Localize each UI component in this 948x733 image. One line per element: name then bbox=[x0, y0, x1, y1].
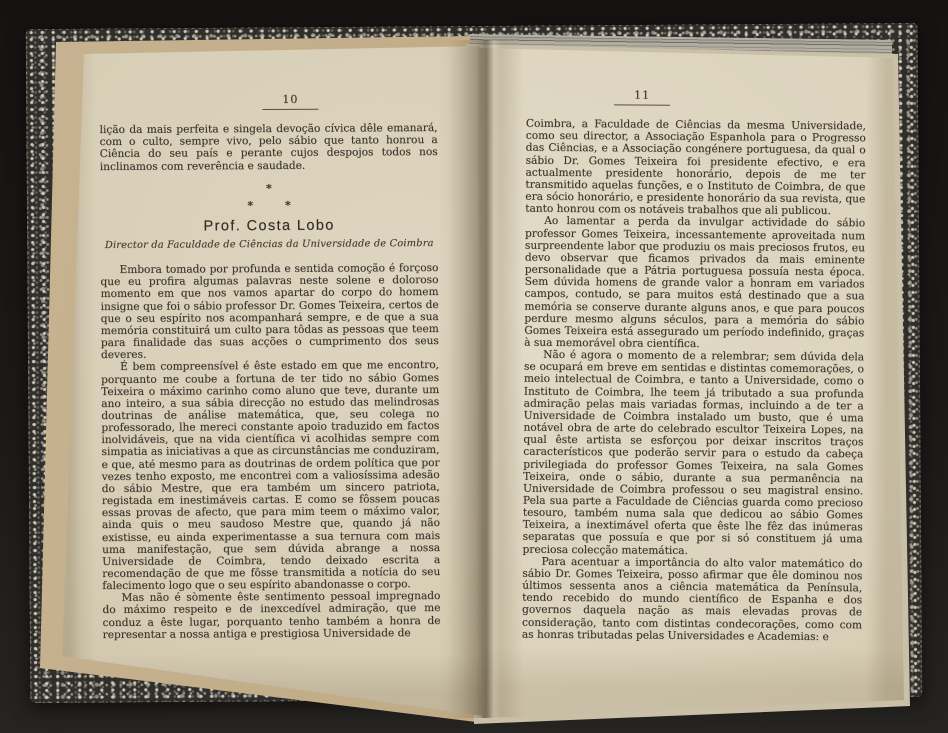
paragraph: lição da mais perfeita e singela devoção… bbox=[100, 122, 438, 173]
paragraph: Para acentuar a importância do alto valo… bbox=[522, 555, 863, 643]
paragraph: É bem compreensível é êste estado em que… bbox=[101, 359, 440, 592]
section-subheading: Director da Faculdade de Ciências da Uni… bbox=[100, 238, 438, 252]
section-heading: Prof. Costa Lobo bbox=[100, 219, 438, 233]
asterism-separator: * * * bbox=[100, 182, 438, 213]
book-gutter-shadow bbox=[448, 40, 522, 718]
paragraph: Embora tomado por profunda e sentida com… bbox=[100, 262, 439, 361]
paragraph: Não é agora o momento de a relembrar; se… bbox=[523, 349, 865, 558]
right-page-content: 11 Coimbra, a Faculdade de Ciências da m… bbox=[522, 89, 866, 644]
paragraph: Mas não é sòmente êste sentimento pessoa… bbox=[102, 590, 440, 641]
page-number-left: 10 bbox=[262, 94, 318, 110]
asterism-top: * bbox=[100, 182, 438, 196]
paragraph: Ao lamentar a perda da invulgar activida… bbox=[524, 215, 865, 351]
paragraph: Coimbra, a Faculdade de Ciências da mesm… bbox=[525, 118, 866, 218]
asterism-bottom: * * bbox=[100, 199, 438, 213]
left-page-content: 10 lição da mais perfeita e singela devo… bbox=[99, 93, 440, 641]
page-number-right: 11 bbox=[614, 89, 670, 106]
photo-backdrop: { "book": { "kind": "scanned-open-book",… bbox=[0, 0, 948, 733]
